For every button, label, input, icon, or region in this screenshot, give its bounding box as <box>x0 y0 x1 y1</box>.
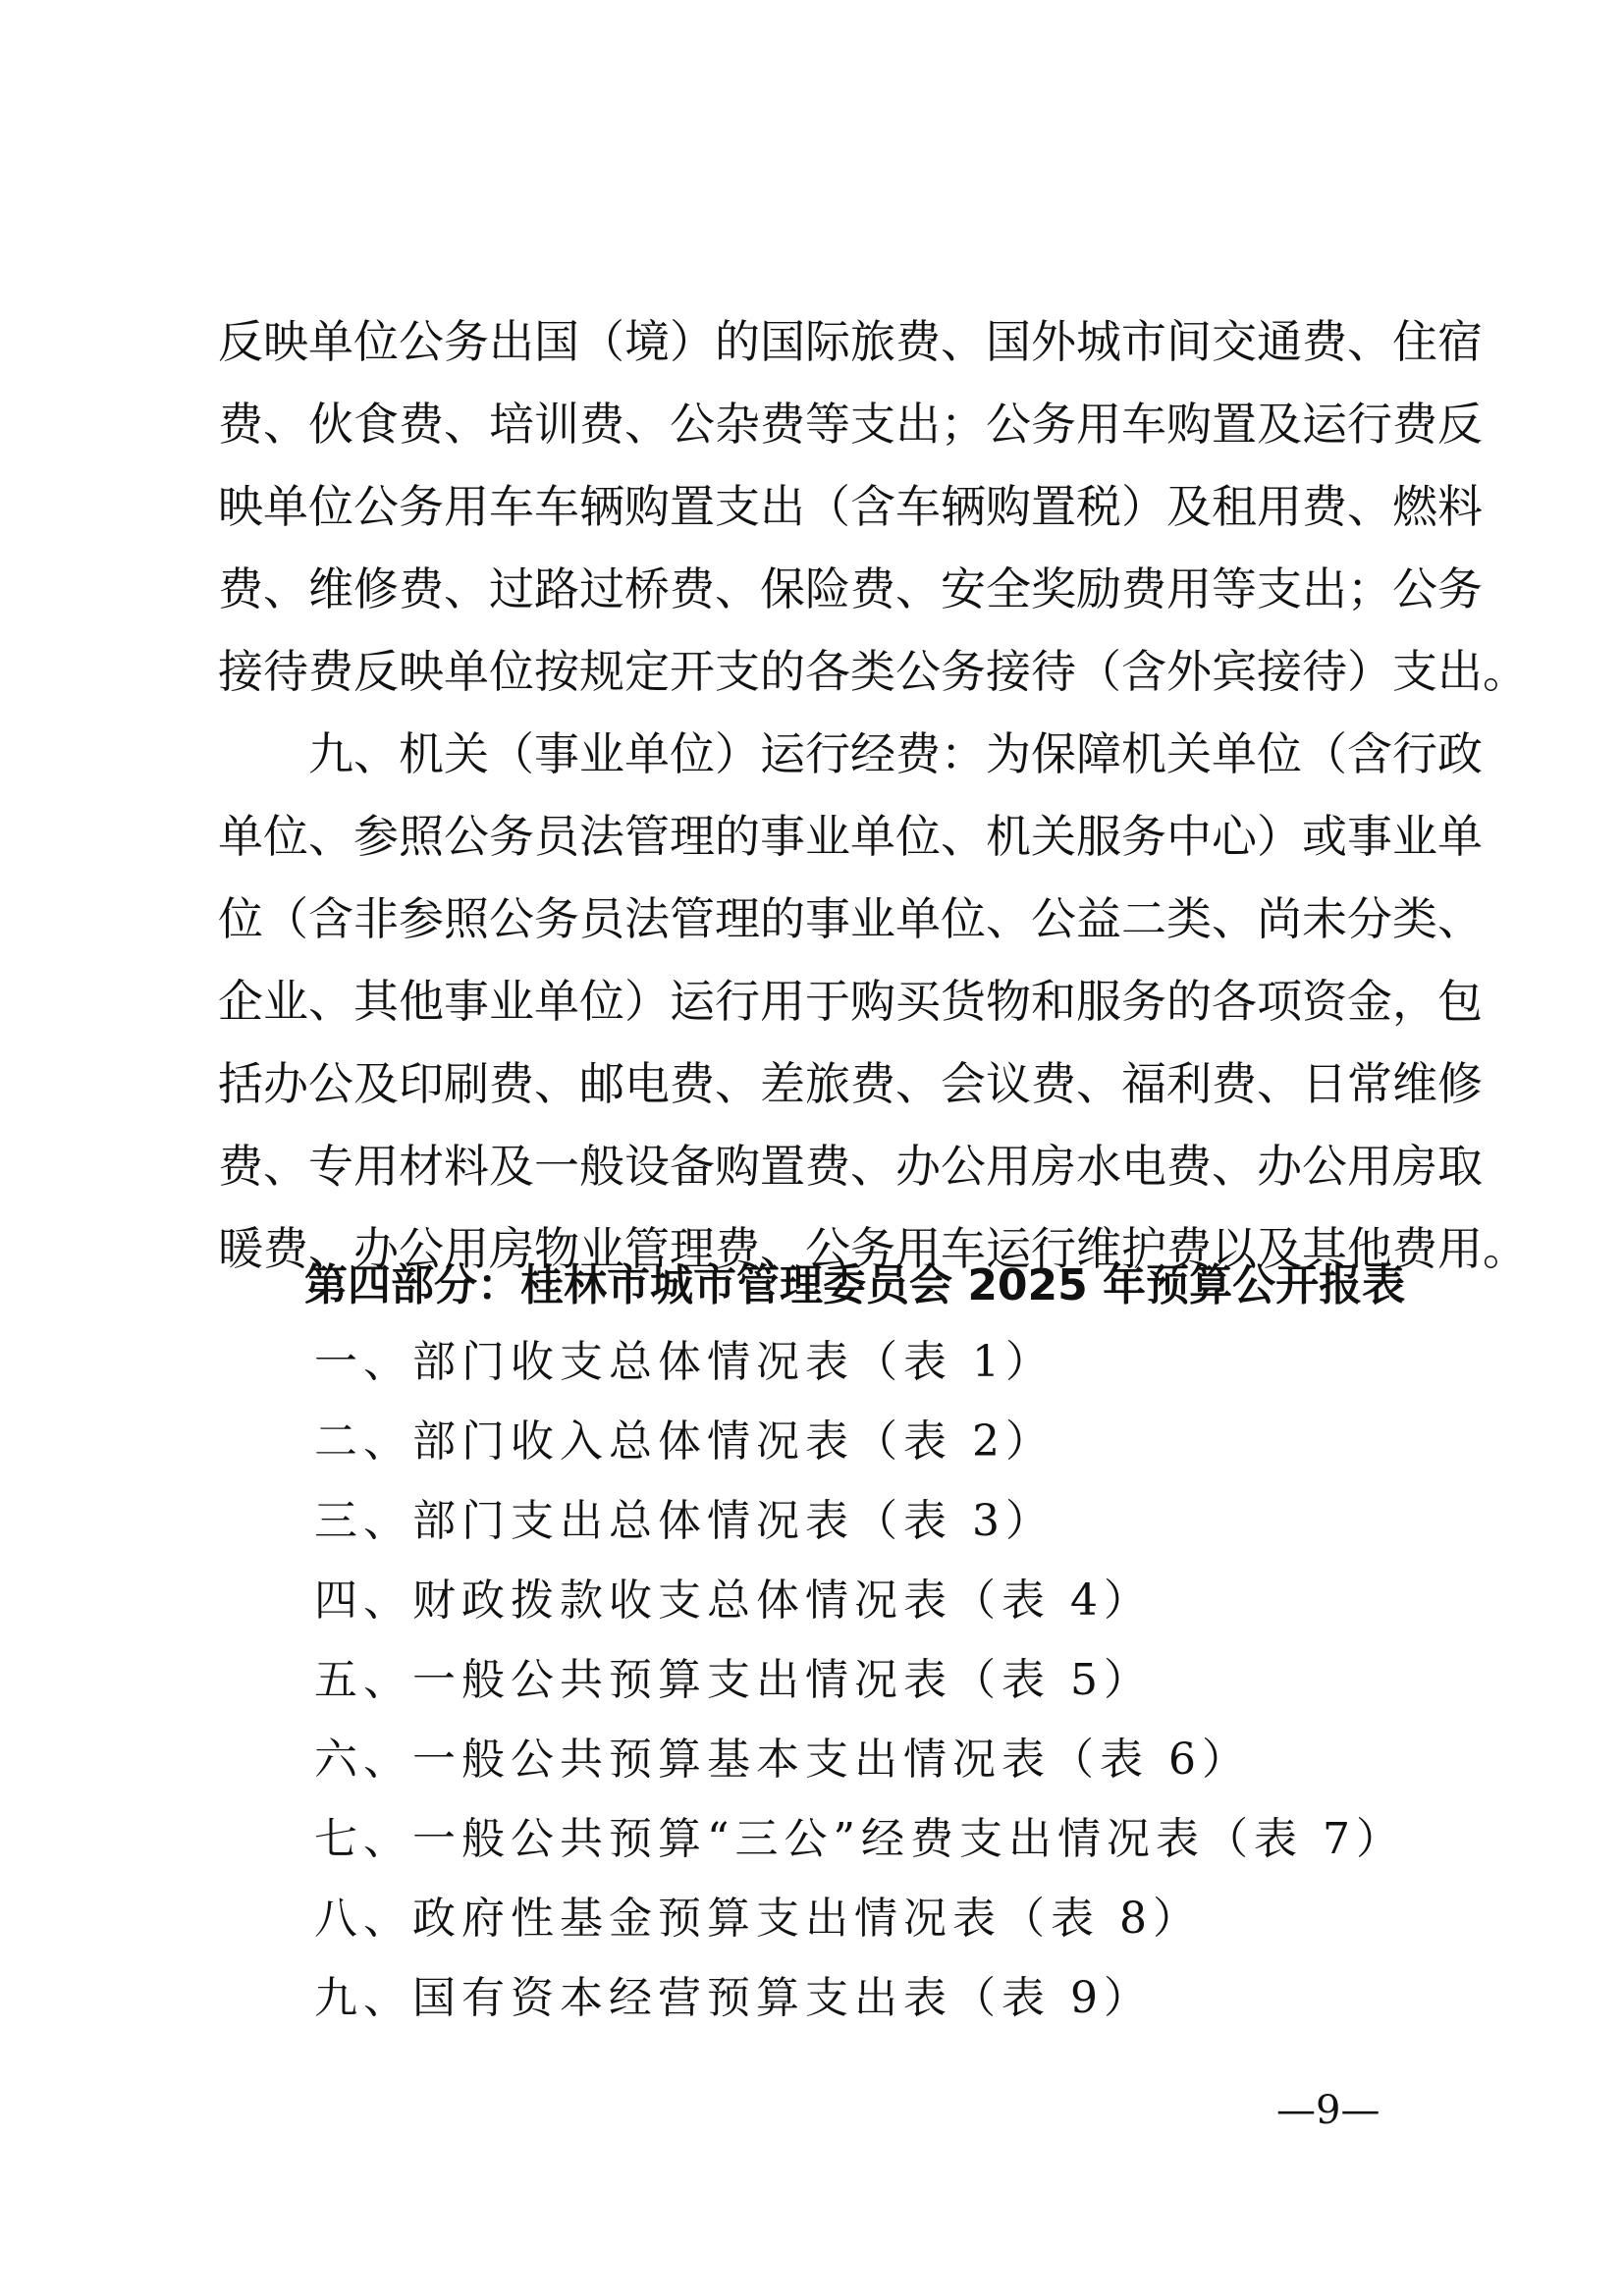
text-line: 费、维修费、过路过桥费、保险费、安全奖励费用等支出；公务 <box>218 560 1435 618</box>
text-line: 单位、参照公务员法管理的事业单位、机关服务中心）或事业单 <box>218 807 1435 866</box>
text-line: 位（含非参照公务员法管理的事业单位、公益二类、尚未分类、 <box>218 889 1435 948</box>
list-item: 六、一般公共预算基本支出情况表（表 6） <box>314 1731 1251 1789</box>
text-line: 映单位公务用车车辆购置支出（含车辆购置税）及租用费、燃料 <box>218 477 1435 536</box>
list-item: 八、政府性基金预算支出情况表（表 8） <box>314 1890 1202 1949</box>
text-line: 费、专用材料及一般设备购置费、办公用房水电费、办公用房取 <box>218 1137 1435 1196</box>
list-item: 五、一般公共预算支出情况表（表 5） <box>314 1651 1153 1710</box>
list-item: 二、部门收入总体情况表（表 2） <box>314 1413 1055 1471</box>
list-item: 三、部门支出总体情况表（表 3） <box>314 1492 1055 1551</box>
document-page: 反映单位公务出国（境）的国际旅费、国外城市间交通费、住宿 费、伙食费、培训费、公… <box>0 0 1624 2296</box>
list-item: 四、财政拨款收支总体情况表（表 4） <box>314 1572 1153 1630</box>
section-heading: 第四部分：桂林市城市管理委员会 2025 年预算公开报表 <box>304 1256 1404 1315</box>
text-line: 反映单位公务出国（境）的国际旅费、国外城市间交通费、住宿 <box>218 312 1435 371</box>
page-number: —9— <box>1276 2083 1380 2138</box>
list-item: 七、一般公共预算“三公”经费支出情况表（表 7） <box>314 1810 1405 1869</box>
list-item: 一、部门收支总体情况表（表 1） <box>314 1333 1055 1392</box>
list-item: 九、国有资本经营预算支出表（表 9） <box>314 1969 1153 2028</box>
text-line: 企业、其他事业单位）运行用于购买货物和服务的各项资金，包 <box>218 972 1435 1031</box>
text-line: 接待费反映单位按规定开支的各类公务接待（含外宾接待）支出。 <box>218 642 1435 701</box>
text-line: 括办公及印刷费、邮电费、差旅费、会议费、福利费、日常维修 <box>218 1054 1435 1113</box>
text-line: 费、伙食费、培训费、公杂费等支出；公务用车购置及运行费反 <box>218 395 1435 454</box>
text-line: 九、机关（事业单位）运行经费：为保障机关单位（含行政 <box>218 724 1435 783</box>
